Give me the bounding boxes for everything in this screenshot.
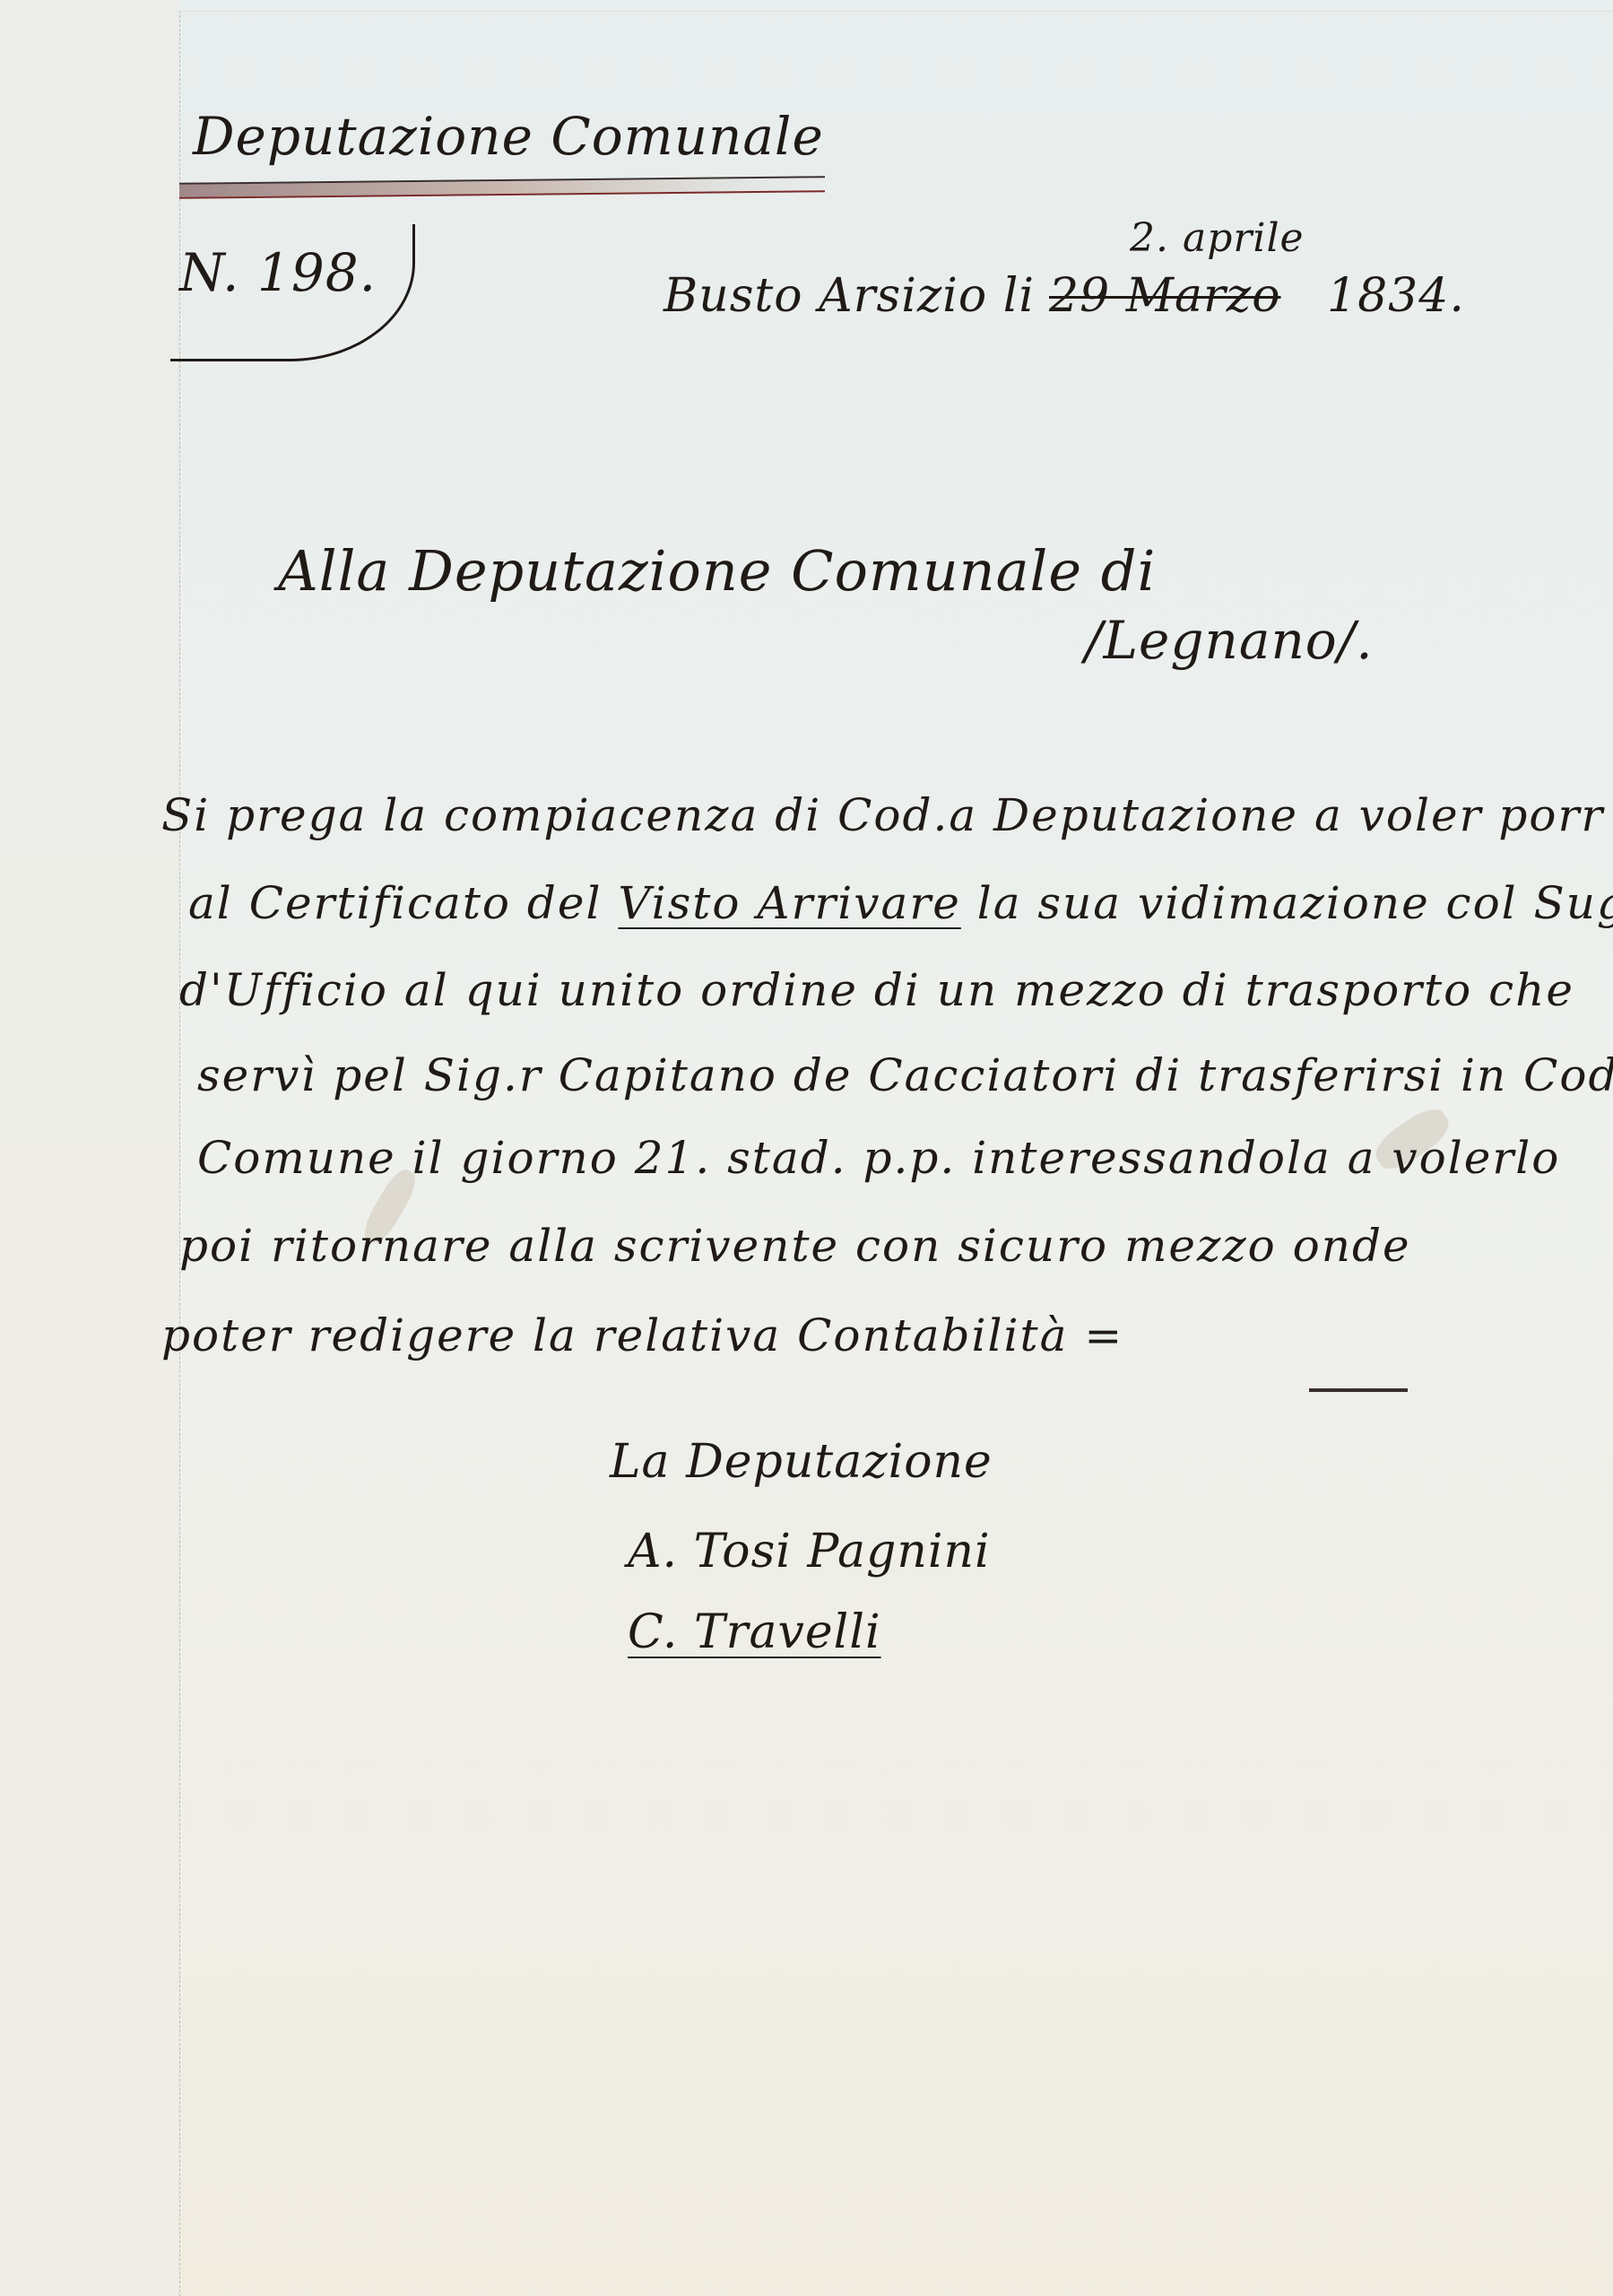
addressee-line1: Alla Deputazione Comunale di xyxy=(278,538,1156,604)
dateline-date-struck: 29 Marzo xyxy=(1049,269,1281,323)
closing-line1: La Deputazione xyxy=(610,1435,993,1489)
body-line-4: servì pel Sig.r Capitano de Cacciatori d… xyxy=(197,1049,1613,1101)
body-line-1: Si prega la compiacenza di Cod.a Deputaz… xyxy=(161,789,1604,841)
body-line-7: poter redigere la relativa Contabilità = xyxy=(161,1309,1123,1361)
addressee-line2: /Legnano/. xyxy=(1085,610,1374,671)
body-line-2: al Certificato del Visto Arrivare la sua… xyxy=(188,877,1613,929)
closing-flourish xyxy=(1309,1388,1408,1392)
body-line-6: poi ritornare alla scrivente con sicuro … xyxy=(179,1220,1411,1272)
body-line-2-part-b: la sua vidimazione col Sugello xyxy=(961,877,1613,929)
body-line-5: Comune il giorno 21. stad. p.p. interess… xyxy=(197,1132,1560,1184)
header-title: Deputazione Comunale xyxy=(193,106,824,167)
dateline-date-inserted: 2. aprile xyxy=(1130,215,1305,261)
signature-2: C. Travelli xyxy=(628,1605,881,1659)
document-page: Deputazione Comunale N. 198. Busto Arsiz… xyxy=(0,0,1613,2296)
body-line-2-part-a: al Certificato del xyxy=(188,877,618,929)
dateline-year: 1834. xyxy=(1327,269,1465,323)
underlined-phrase: Visto Arrivare xyxy=(618,877,960,929)
dateline-place: Busto Arsizio li xyxy=(663,269,1035,323)
signature-1: A. Tosi Pagnini xyxy=(628,1525,991,1578)
body-line-3: d'Ufficio al qui unito ordine di un mezz… xyxy=(179,964,1574,1016)
backing-paper xyxy=(0,0,179,2296)
